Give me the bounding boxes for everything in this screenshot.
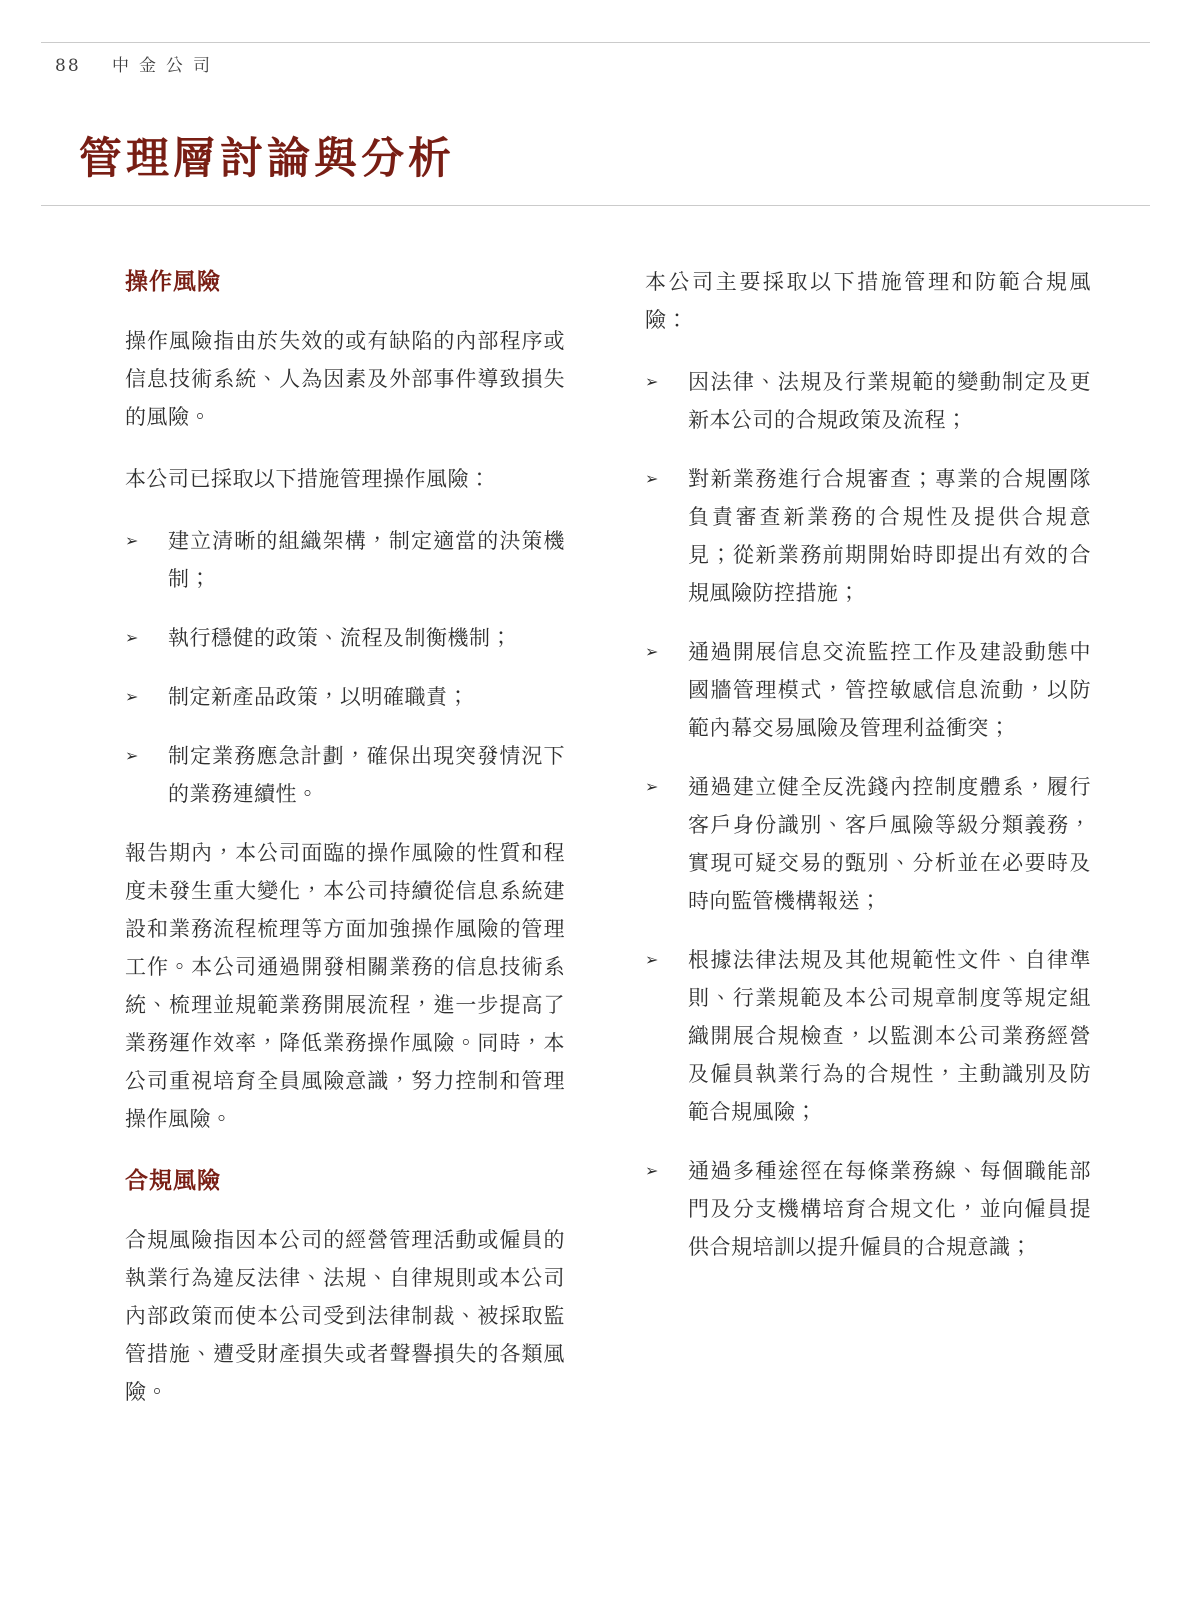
arrow-bullet-icon: ➢: [645, 633, 688, 747]
compliance-risk-definition: 合規風險指因本公司的經營管理活動或僱員的執業行為違反法律、法規、自律規則或本公司…: [125, 1221, 565, 1411]
list-item-text: 執行穩健的政策、流程及制衡機制；: [168, 619, 565, 657]
list-item-text: 制定業務應急計劃，確保出現突發情況下的業務連續性。: [168, 737, 565, 813]
list-item: ➢ 制定業務應急計劃，確保出現突發情況下的業務連續性。: [125, 737, 565, 813]
arrow-bullet-icon: ➢: [125, 619, 168, 657]
arrow-bullet-icon: ➢: [645, 1152, 688, 1266]
operational-risk-summary: 報告期內，本公司面臨的操作風險的性質和程度未發生重大變化，本公司持續從信息系統建…: [125, 834, 565, 1138]
list-item-text: 通過建立健全反洗錢內控制度體系，履行客戶身份識別、客戶風險等級分類義務，實現可疑…: [688, 768, 1091, 920]
list-item-text: 制定新產品政策，以明確職責；: [168, 678, 565, 716]
company-name: 中金公司: [112, 51, 220, 76]
operational-risk-definition: 操作風險指由於失效的或有缺陷的內部程序或信息技術系統、人為因素及外部事件導致損失…: [125, 322, 565, 436]
operational-risk-measures-intro: 本公司已採取以下措施管理操作風險：: [125, 460, 565, 498]
page-title: 管理層討論與分析: [79, 134, 455, 186]
report-page: 88 中金公司 管理層討論與分析 操作風險 操作風險指由於失效的或有缺陷的內部程…: [0, 0, 1190, 1615]
list-item: ➢ 制定新產品政策，以明確職責；: [125, 678, 565, 716]
compliance-measures-intro: 本公司主要採取以下措施管理和防範合規風險：: [645, 263, 1091, 339]
page-number: 88: [55, 56, 81, 76]
list-item: ➢ 通過開展信息交流監控工作及建設動態中國牆管理模式，管控敏感信息流動，以防範內…: [645, 633, 1091, 747]
arrow-bullet-icon: ➢: [125, 678, 168, 716]
list-item: ➢ 建立清晰的組織架構，制定適當的決策機制；: [125, 522, 565, 598]
list-item: ➢ 執行穩健的政策、流程及制衡機制；: [125, 619, 565, 657]
list-item-text: 通過開展信息交流監控工作及建設動態中國牆管理模式，管控敏感信息流動，以防範內幕交…: [688, 633, 1091, 747]
list-item-text: 因法律、法規及行業規範的變動制定及更新本公司的合規政策及流程；: [688, 363, 1091, 439]
arrow-bullet-icon: ➢: [125, 737, 168, 813]
arrow-bullet-icon: ➢: [125, 522, 168, 598]
arrow-bullet-icon: ➢: [645, 460, 688, 612]
arrow-bullet-icon: ➢: [645, 941, 688, 1131]
section-heading-compliance-risk: 合規風險: [125, 1162, 565, 1195]
left-column: 操作風險 操作風險指由於失效的或有缺陷的內部程序或信息技術系統、人為因素及外部事…: [125, 263, 565, 1411]
list-item: ➢ 根據法律法規及其他規範性文件、自律準則、行業規範及本公司規章制度等規定組織開…: [645, 941, 1091, 1131]
list-item: ➢ 通過建立健全反洗錢內控制度體系，履行客戶身份識別、客戶風險等級分類義務，實現…: [645, 768, 1091, 920]
arrow-bullet-icon: ➢: [645, 768, 688, 920]
content-columns: 操作風險 操作風險指由於失效的或有缺陷的內部程序或信息技術系統、人為因素及外部事…: [125, 263, 1091, 1411]
arrow-bullet-icon: ➢: [645, 363, 688, 439]
section-heading-operational-risk: 操作風險: [125, 263, 565, 296]
list-item: ➢ 通過多種途徑在每條業務線、每個職能部門及分支機構培育合規文化，並向僱員提供合…: [645, 1152, 1091, 1266]
list-item-text: 對新業務進行合規審查；專業的合規團隊負責審查新業務的合規性及提供合規意見；從新業…: [688, 460, 1091, 612]
title-divider: [41, 205, 1150, 206]
list-item-text: 根據法律法規及其他規範性文件、自律準則、行業規範及本公司規章制度等規定組織開展合…: [688, 941, 1091, 1131]
header-top-divider: [41, 42, 1150, 43]
list-item-text: 通過多種途徑在每條業務線、每個職能部門及分支機構培育合規文化，並向僱員提供合規培…: [688, 1152, 1091, 1266]
list-item: ➢ 因法律、法規及行業規範的變動制定及更新本公司的合規政策及流程；: [645, 363, 1091, 439]
list-item: ➢ 對新業務進行合規審查；專業的合規團隊負責審查新業務的合規性及提供合規意見；從…: [645, 460, 1091, 612]
right-column: 本公司主要採取以下措施管理和防範合規風險： ➢ 因法律、法規及行業規範的變動制定…: [645, 263, 1091, 1411]
page-header: 88 中金公司: [55, 51, 220, 76]
list-item-text: 建立清晰的組織架構，制定適當的決策機制；: [168, 522, 565, 598]
